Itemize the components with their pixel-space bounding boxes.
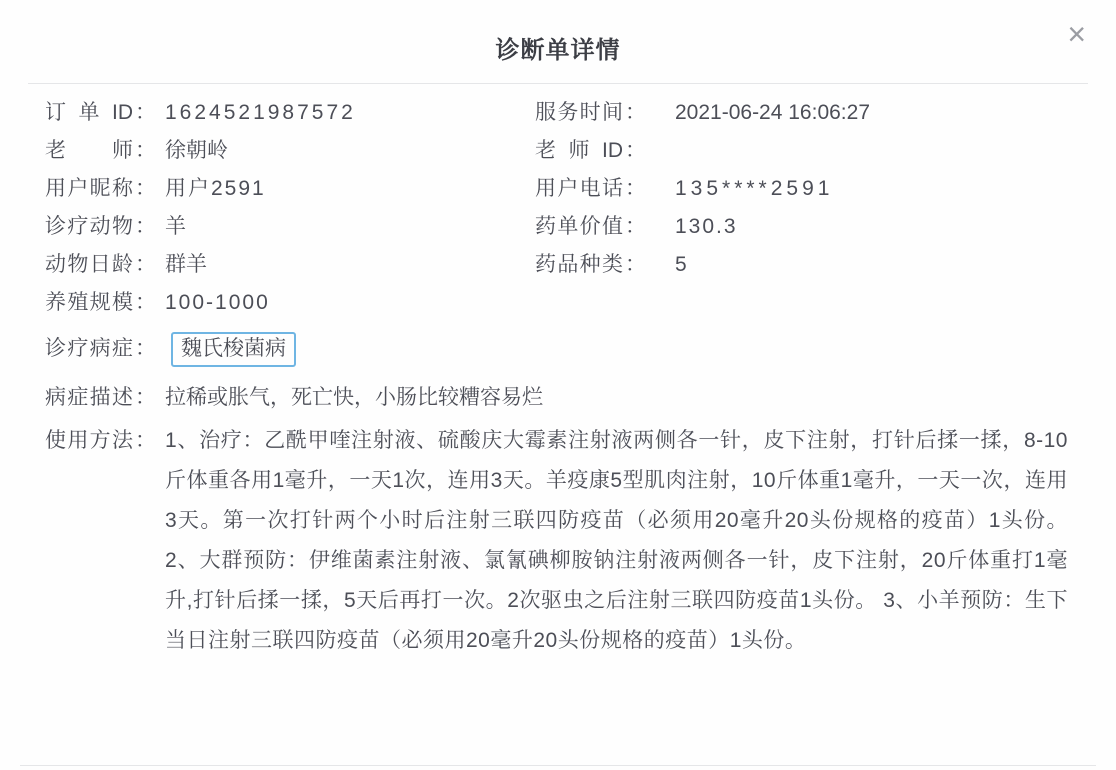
teacher-id-label: 老师ID： (535, 132, 675, 170)
user-nickname-label: 用户昵称： (45, 170, 165, 208)
field-animal: 诊疗动物： 羊 (45, 208, 535, 246)
info-row-5: 动物日龄： 群羊 药品种类： 5 (45, 246, 1068, 284)
user-phone-value: 135****2591 (675, 170, 1068, 208)
dialog-header: 诊断单详情 × (0, 0, 1116, 83)
usage-label: 使用方法： (45, 421, 165, 461)
info-row-1: 订单ID： 1624521987572 服务时间： 2021-06-24 16:… (45, 94, 1068, 132)
field-disease: 诊疗病症： 魏氏梭菌病 (45, 330, 1068, 368)
field-usage: 使用方法： 1、治疗：乙酰甲喹注射液、硫酸庆大霉素注射液两侧各一针，皮下注射，打… (45, 421, 1068, 661)
field-service-time: 服务时间： 2021-06-24 16:06:27 (535, 94, 1068, 132)
dialog-title: 诊断单详情 (0, 30, 1116, 65)
drug-types-value: 5 (675, 246, 1068, 284)
drug-types-label: 药品种类： (535, 246, 675, 284)
info-row-4: 诊疗动物： 羊 药单价值： 130.3 (45, 208, 1068, 246)
user-nickname-value: 用户2591 (165, 170, 535, 208)
field-teacher-id: 老师ID： (535, 132, 1068, 170)
disease-label: 诊疗病症： (45, 330, 165, 368)
diagnosis-detail-dialog: 诊断单详情 × 订单ID： 1624521987572 服务时间： 2021-0… (0, 0, 1116, 770)
symptom-label: 病症描述： (45, 379, 165, 417)
farm-scale-value: 100-1000 (165, 284, 535, 322)
animal-age-label: 动物日龄： (45, 246, 165, 284)
order-value-value: 130.3 (675, 208, 1068, 246)
info-row-6: 养殖规模： 100-1000 (45, 284, 1068, 322)
teacher-label: 老师： (45, 132, 165, 170)
field-user-phone: 用户电话： 135****2591 (535, 170, 1068, 208)
field-animal-age: 动物日龄： 群羊 (45, 246, 535, 284)
info-row-2: 老师： 徐朝岭 老师ID： (45, 132, 1068, 170)
user-phone-label: 用户电话： (535, 170, 675, 208)
field-teacher: 老师： 徐朝岭 (45, 132, 535, 170)
order-id-value: 1624521987572 (165, 94, 535, 132)
symptom-value: 拉稀或胀气，死亡快，小肠比较糟容易烂 (165, 379, 1068, 417)
animal-label: 诊疗动物： (45, 208, 165, 246)
teacher-value: 徐朝岭 (165, 132, 535, 170)
usage-value: 1、治疗：乙酰甲喹注射液、硫酸庆大霉素注射液两侧各一针，皮下注射，打针后揉一揉，… (165, 421, 1068, 661)
close-icon[interactable]: × (1067, 18, 1086, 50)
disease-value-wrap: 魏氏梭菌病 (165, 330, 1068, 368)
disease-tag[interactable]: 魏氏梭菌病 (171, 332, 296, 367)
service-time-value: 2021-06-24 16:06:27 (675, 94, 1068, 132)
order-value-label: 药单价值： (535, 208, 675, 246)
farm-scale-label: 养殖规模： (45, 284, 165, 322)
footer-divider (20, 765, 1096, 766)
field-drug-types: 药品种类： 5 (535, 246, 1068, 284)
order-id-label: 订单ID： (45, 94, 165, 132)
field-symptom: 病症描述： 拉稀或胀气，死亡快，小肠比较糟容易烂 (45, 379, 1068, 417)
field-user-nickname: 用户昵称： 用户2591 (45, 170, 535, 208)
service-time-label: 服务时间： (535, 94, 675, 132)
field-order-value: 药单价值： 130.3 (535, 208, 1068, 246)
info-row-3: 用户昵称： 用户2591 用户电话： 135****2591 (45, 170, 1068, 208)
field-order-id: 订单ID： 1624521987572 (45, 94, 535, 132)
animal-value: 羊 (165, 208, 535, 246)
animal-age-value: 群羊 (165, 246, 535, 284)
dialog-content: 订单ID： 1624521987572 服务时间： 2021-06-24 16:… (0, 84, 1116, 661)
field-farm-scale: 养殖规模： 100-1000 (45, 284, 535, 322)
field-empty (535, 284, 1068, 322)
